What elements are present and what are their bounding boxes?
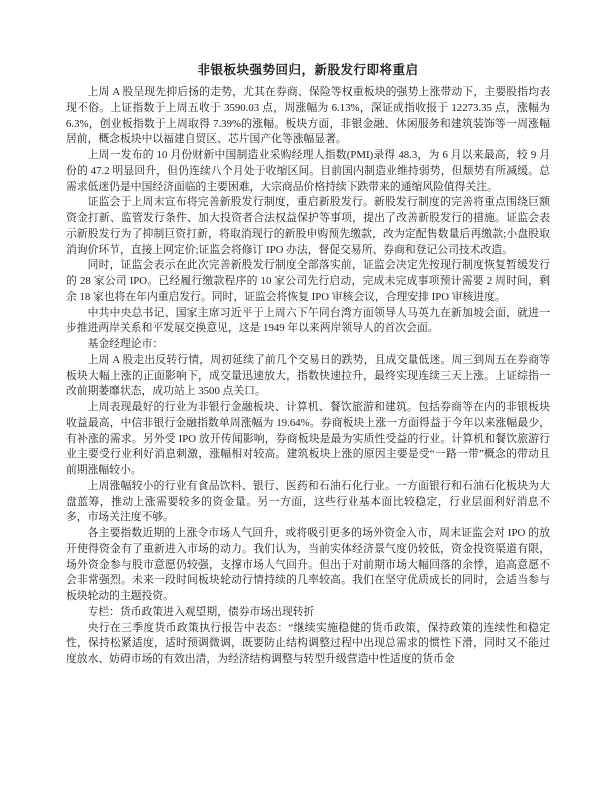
section-heading-fund-manager: 基金经理论市： [66,337,550,353]
paragraph: 上周 A 股走出反转行情，周初延续了前几个交易日的跌势，且成交量低迷。周三到周五… [66,353,550,400]
paragraph: 上周表现最好的行业为非银行金融板块、计算机、餐饮旅游和建筑。包括券商等在内的非银… [66,400,550,479]
paragraph: 上周 A 股呈现先抑后扬的走势，尤其在券商、保险等权重板块的强势上涨带动下，主要… [66,85,550,148]
document-body: 上周 A 股呈现先抑后扬的走势，尤其在券商、保险等权重板块的强势上涨带动下，主要… [66,85,550,668]
paragraph: 各主要指数近期的上涨令市场人气回升，或将吸引更多的场外资金入市，周末证监会对 I… [66,526,550,605]
paragraph: 上周涨幅较小的行业有食品饮料、银行、医药和石油石化行业。一方面银行和石油石化板块… [66,479,550,526]
section-heading-column: 专栏：货币政策进入观望期，债券市场出现转折 [66,605,550,621]
paragraph: 上周一发布的 10 月份财新中国制造业采购经理人指数(PMI)录得 48.3，为… [66,148,550,195]
document-page: 非银板块强势回归，新股发行即将重启 上周 A 股呈现先抑后扬的走势，尤其在券商、… [0,0,612,792]
paragraph: 央行在三季度货币政策执行报告中表态：“继续实施稳健的货币政策，保持政策的连续性和… [66,621,550,668]
paragraph: 同时，证监会表示在此次完善新股发行制度全部落实前，证监会决定先按现行制度恢复暂缓… [66,258,550,305]
paragraph: 中共中央总书记、国家主席习近平于上周六下午同台湾方面领导人马英九在新加坡会面，就… [66,306,550,338]
document-title: 非银板块强势回归，新股发行即将重启 [66,60,550,80]
paragraph: 证监会于上周末宣布将完善新股发行制度，重启新股发行。新股发行制度的完善将重点围绕… [66,195,550,258]
